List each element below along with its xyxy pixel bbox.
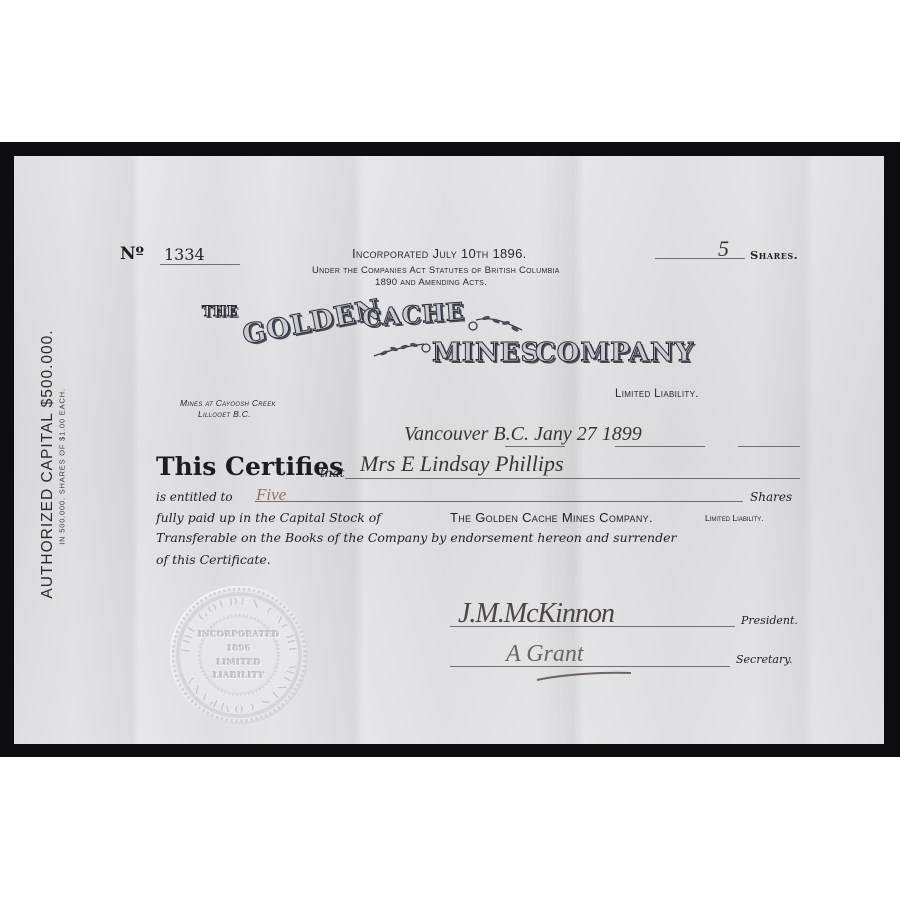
authorized-capital-text: AUTHORIZED CAPITAL $500.000.: [39, 294, 57, 634]
transferable-text: Transferable on the Books of the Company…: [156, 530, 676, 545]
date-rule: [738, 446, 800, 447]
secretary-signature: A Grant: [506, 641, 584, 668]
paid-up-text: fully paid up in the Capital Stock of: [156, 510, 381, 525]
president-signature-rule: [450, 626, 735, 627]
holder-name-rule: [345, 478, 800, 479]
limited-liability-inline: Limited Liability.: [705, 513, 764, 523]
of-certificate-text: of this Certificate.: [156, 552, 271, 567]
limited-liability-label: Limited Liability.: [615, 388, 699, 400]
secretary-label: Secretary.: [736, 653, 792, 666]
holder-name: Mrs E Lindsay Phillips: [360, 451, 564, 477]
secretary-underline-flourish-icon: [535, 668, 635, 684]
title-the: THE: [202, 304, 238, 320]
statute-line-2: 1890 and Amending Acts.: [375, 277, 487, 288]
authorized-shares-text: IN 500.000. SHARES OF $1.00 EACH.: [58, 327, 67, 607]
shares-suffix-label: Shares: [750, 490, 792, 504]
shares-count-rule: [655, 258, 745, 259]
seal-inner-line-3: LIMITED: [170, 657, 308, 667]
statute-line-1: Under the Companies Act Statutes of Brit…: [312, 265, 560, 276]
seal-ring-icon: THE GOLDEN CACHE MINES COMPANY: [170, 586, 308, 724]
incorporation-date: Incorporated July 10th 1896.: [352, 246, 527, 261]
that-label: that: [320, 466, 345, 480]
svg-text:THE GOLDEN CACHE MINES COMPANY: THE GOLDEN CACHE MINES COMPANY: [179, 595, 299, 715]
title-mines: MINES: [432, 338, 540, 368]
mines-location-line-2: Lillooet B.C.: [198, 409, 251, 419]
laurel-ornament-icon: [370, 338, 434, 362]
certificate-number-rule: [160, 264, 240, 265]
entitled-to-label: is entitled to: [156, 490, 233, 504]
date-rule: [615, 446, 705, 447]
shares-in-words: Five: [256, 485, 286, 505]
mines-location-line-1: Mines at Cayoosh Creek: [180, 398, 276, 408]
seal-inner-line-2: 1896: [170, 643, 308, 653]
place-and-date: Vancouver B.C. Jany 27 1899: [404, 423, 642, 446]
seal-inner-line-4: LIABILITY: [170, 670, 308, 680]
shares-words-rule: [255, 501, 743, 502]
laurel-ornament-icon: [466, 312, 526, 338]
date-rule: [505, 446, 565, 447]
title-company: COMPANY: [535, 338, 694, 368]
secretary-signature-rule: [450, 666, 730, 667]
company-name-inline: The Golden Cache Mines Company.: [450, 510, 653, 525]
certificate-number: 1334: [164, 245, 205, 264]
president-label: President.: [741, 614, 798, 627]
seal-inner-line-1: INCORPORATED: [170, 629, 308, 639]
embossed-company-seal: THE GOLDEN CACHE MINES COMPANY INCORPORA…: [170, 586, 308, 724]
shares-label: Shares.: [750, 248, 798, 262]
this-certifies-heading: This Certifies: [156, 452, 343, 481]
certificate-number-label: Nº: [120, 244, 144, 264]
